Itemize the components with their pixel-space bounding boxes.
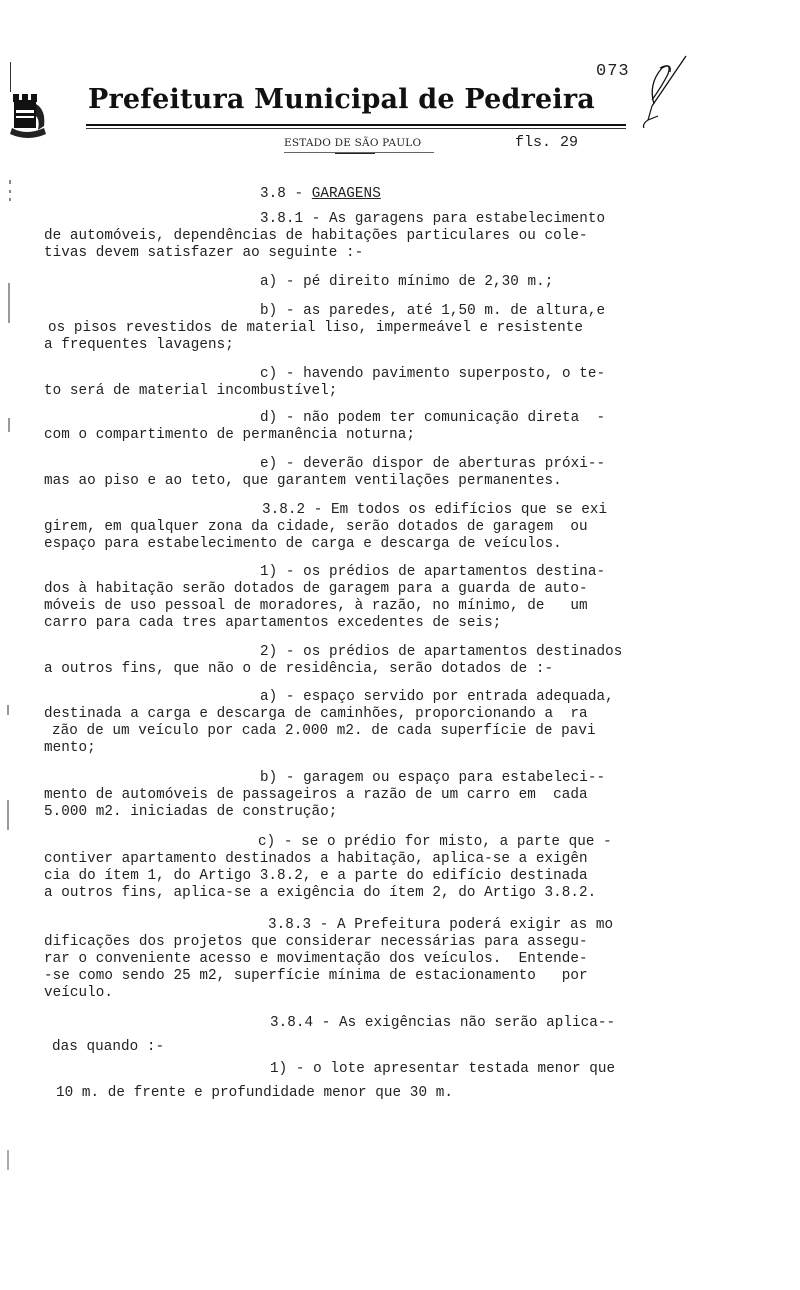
text-line: a) - pé direito mínimo de 2,30 m.;	[260, 274, 553, 291]
subtitle-underline-accent	[335, 153, 375, 154]
signature-mark	[630, 54, 690, 130]
text-line: os pisos revestidos de material liso, im…	[48, 320, 583, 337]
text-line: dificações dos projetos que considerar n…	[44, 934, 588, 951]
margin-speck	[9, 180, 11, 184]
text-line: a frequentes lavagens;	[44, 337, 234, 354]
text-line: 5.000 m2. iniciadas de construção;	[44, 804, 337, 821]
text-line: mento;	[44, 740, 96, 757]
text-line: zão de um veículo por cada 2.000 m2. de …	[52, 723, 596, 740]
text-line: 1) - o lote apresentar testada menor que	[270, 1061, 615, 1078]
text-line: a outros fins, que não o de residência, …	[44, 661, 553, 678]
text-line: a outros fins, aplica-se a exigência do …	[44, 885, 596, 902]
section-number: 3.8 -	[260, 186, 312, 202]
header-rule	[86, 124, 626, 126]
text-line: veículo.	[44, 985, 113, 1002]
text-line: das quando :-	[52, 1039, 164, 1056]
text-line: espaço para estabelecimento de carga e d…	[44, 536, 562, 553]
text-line: d) - não podem ter comunicação direta -	[260, 410, 605, 427]
margin-speck	[7, 800, 9, 830]
document-page: Prefeitura Municipal de Pedreira 073 EST…	[0, 0, 800, 1290]
margin-speck	[7, 705, 9, 715]
header-rule-secondary	[86, 128, 626, 129]
section-title: GARAGENS	[312, 186, 381, 202]
text-line: to será de material incombustível;	[44, 383, 337, 400]
text-line: móveis de uso pessoal de moradores, à ra…	[44, 598, 588, 615]
text-line: 3.8.3 - A Prefeitura poderá exigir as mo	[268, 917, 613, 934]
text-line: e) - deverão dispor de aberturas próxi--	[260, 456, 605, 473]
text-line: contiver apartamento destinados a habita…	[44, 851, 588, 868]
text-line: c) - havendo pavimento superposto, o te-	[260, 366, 605, 383]
text-line: b) - as paredes, até 1,50 m. de altura,e	[260, 303, 605, 320]
text-line: c) - se o prédio for misto, a parte que …	[258, 834, 612, 851]
text-line: 3.8.4 - As exigências não serão aplica--	[270, 1015, 615, 1032]
text-line: a) - espaço servido por entrada adequada…	[260, 689, 614, 706]
text-line: 3.8.1 - As garagens para estabelecimento	[260, 211, 605, 228]
margin-speck	[7, 1150, 9, 1170]
page-title: Prefeitura Municipal de Pedreira	[88, 84, 595, 115]
state-subtitle: ESTADO DE SÃO PAULO	[284, 137, 421, 149]
stamp-number: 073	[596, 62, 630, 81]
text-line: -se como sendo 25 m2, superfície mínima …	[44, 968, 588, 985]
text-line: destinada a carga e descarga de caminhõe…	[44, 706, 588, 723]
margin-speck	[9, 198, 11, 201]
margin-speck	[8, 283, 10, 323]
text-line: com o compartimento de permanência notur…	[44, 427, 415, 444]
text-line: tivas devem satisfazer ao seguinte :-	[44, 245, 363, 262]
text-line: 1) - os prédios de apartamentos destina-	[260, 564, 605, 581]
text-line: mas ao piso e ao teto, que garantem vent…	[44, 473, 562, 490]
section-heading: 3.8 - GARAGENS	[260, 186, 381, 203]
folio-number: fls. 29	[515, 134, 578, 151]
text-line: b) - garagem ou espaço para estabeleci--	[260, 770, 605, 787]
text-line: dos à habitação serão dotados de garagem…	[44, 581, 588, 598]
text-line: de automóveis, dependências de habitaçõe…	[44, 228, 588, 245]
text-line: mento de automóveis de passageiros a raz…	[44, 787, 588, 804]
text-line: girem, em qualquer zona da cidade, serão…	[44, 519, 588, 536]
text-line: 10 m. de frente e profundidade menor que…	[56, 1085, 453, 1102]
text-line: 2) - os prédios de apartamentos destinad…	[260, 644, 622, 661]
text-line: carro para cada tres apartamentos excede…	[44, 615, 501, 632]
text-line: rar o conveniente acesso e movimentação …	[44, 951, 588, 968]
municipal-crest-icon	[8, 86, 50, 140]
text-line: 3.8.2 - Em todos os edifícios que se exi	[262, 502, 607, 519]
margin-speck	[8, 418, 10, 432]
text-line: cia do ítem 1, do Artigo 3.8.2, e a part…	[44, 868, 588, 885]
margin-speck	[9, 190, 11, 193]
